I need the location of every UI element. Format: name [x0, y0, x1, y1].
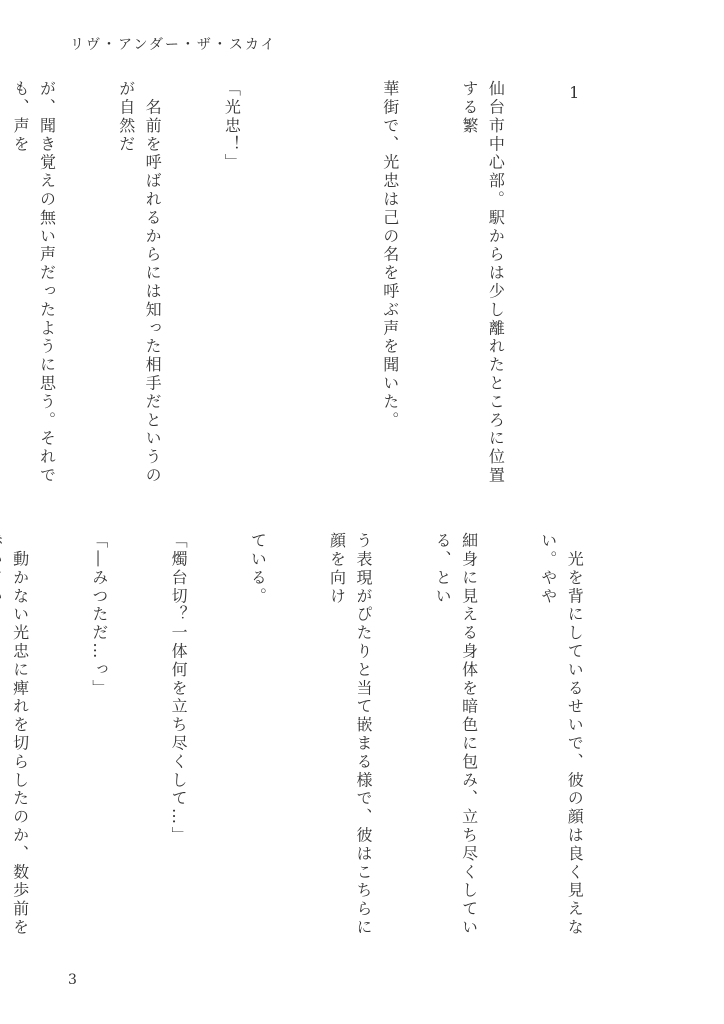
text-line: う表現がぴたりと当て嵌まる様で、彼はこちらに顔を向け [323, 532, 376, 952]
running-title: リヴ・アンダー・ザ・スカイ [70, 34, 276, 54]
text-line: 光を背にしているせいで、彼の顔は良く見えない。やや [534, 532, 587, 952]
text-line: 名前を呼ばれるからには知った相手だというのが自然だ [112, 80, 165, 500]
chapter-number: 1 [561, 80, 587, 106]
text-line: 細身に見える身体を暗色に包み、立ち尽くしている、とい [429, 532, 482, 952]
page-number: 3 [68, 972, 77, 988]
dialogue-line: 「燭台切？一体何を立ち尽くして…」 [165, 532, 191, 952]
text-line: 仙台市中心部。駅からは少し離れたところに位置する繁 [456, 80, 509, 500]
text-line: が、聞き覚えの無い声だったように思う。それでも、声を [7, 80, 60, 500]
text-line: ている。 [244, 532, 270, 952]
blank-line [297, 80, 323, 500]
text-block-top: 1 仙台市中心部。駅からは少し離れたところに位置する繁 華街で、光忠は己の名を呼… [0, 80, 640, 500]
dialogue-line: 「―みつただ…っ」 [85, 532, 111, 952]
text-line: 動かない光忠に痺れを切らしたのか、数歩前を歩いてい [0, 532, 33, 952]
text-line: 華街で、光忠は己の名を呼ぶ声を聞いた。 [376, 80, 402, 500]
dialogue-line: 「光忠！」 [218, 80, 244, 500]
text-block-bottom: 光を背にしているせいで、彼の顔は良く見えない。やや 細身に見える身体を暗色に包み… [0, 532, 640, 952]
